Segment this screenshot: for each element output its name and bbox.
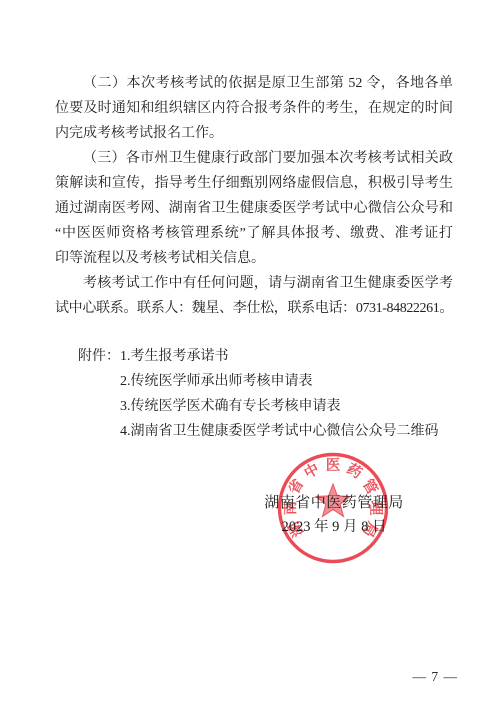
paragraph-3-line-4: “中医医师资格考核管理系统”了解具体报考、缴费、准考证打 bbox=[55, 221, 453, 246]
attachments-block: 附件： 1.考生报考承诺书 2.传统医学师承出师考核申请表 3.传统医学医术确有… bbox=[78, 344, 439, 444]
paragraph-contact-line-1: 考核考试工作中有任何问题，请与湖南省卫生健康委医学考 bbox=[55, 271, 453, 296]
paragraph-3-line-1: （三）各市州卫生健康行政部门要加强本次考核考试相关政 bbox=[55, 146, 453, 171]
page-number: — 7 — bbox=[413, 668, 459, 686]
attachments-list: 1.考生报考承诺书 2.传统医学师承出师考核申请表 3.传统医学医术确有专长考核… bbox=[120, 344, 439, 444]
paragraph-3-line-5: 印等流程以及考核考试相关信息。 bbox=[55, 246, 453, 271]
attachments-label: 附件： bbox=[78, 344, 120, 369]
paragraph-3-line-3: 通过湖南医考网、湖南省卫生健康委医学考试中心微信公众号和 bbox=[55, 196, 453, 221]
issuer-name: 湖南省中医药管理局 bbox=[234, 491, 434, 515]
paragraph-3-line-2: 策解读和宣传，指导考生仔细甄别网络虚假信息，积极引导考生 bbox=[55, 171, 453, 196]
attachment-item-2: 2.传统医学师承出师考核申请表 bbox=[120, 369, 439, 394]
attachment-item-3: 3.传统医学医术确有专长考核申请表 bbox=[120, 394, 439, 419]
svg-text:医: 医 bbox=[326, 457, 341, 474]
paragraph-2-line-3: 内完成考核考试报名工作。 bbox=[55, 121, 453, 146]
paragraph-2-line-2: 位要及时通知和组织辖区内符合报考条件的考生，在规定的时间 bbox=[55, 96, 453, 121]
attachment-item-1: 1.考生报考承诺书 bbox=[120, 344, 439, 369]
document-page: （二）本次考核考试的依据是原卫生部第 52 令，各地各单 位要及时通知和组织辖区… bbox=[0, 0, 492, 708]
issue-date: 2023 年 9 月 8 日 bbox=[234, 515, 434, 539]
body-text: （二）本次考核考试的依据是原卫生部第 52 令，各地各单 位要及时通知和组织辖区… bbox=[55, 71, 453, 321]
attachment-item-4: 4.湖南省卫生健康委医学考试中心微信公众号二维码 bbox=[120, 419, 439, 444]
paragraph-2-line-1: （二）本次考核考试的依据是原卫生部第 52 令，各地各单 bbox=[55, 71, 453, 96]
paragraph-contact-line-2: 试中心联系。联系人：魏星、李仕松，联系电话：0731-84822261。 bbox=[55, 296, 453, 321]
